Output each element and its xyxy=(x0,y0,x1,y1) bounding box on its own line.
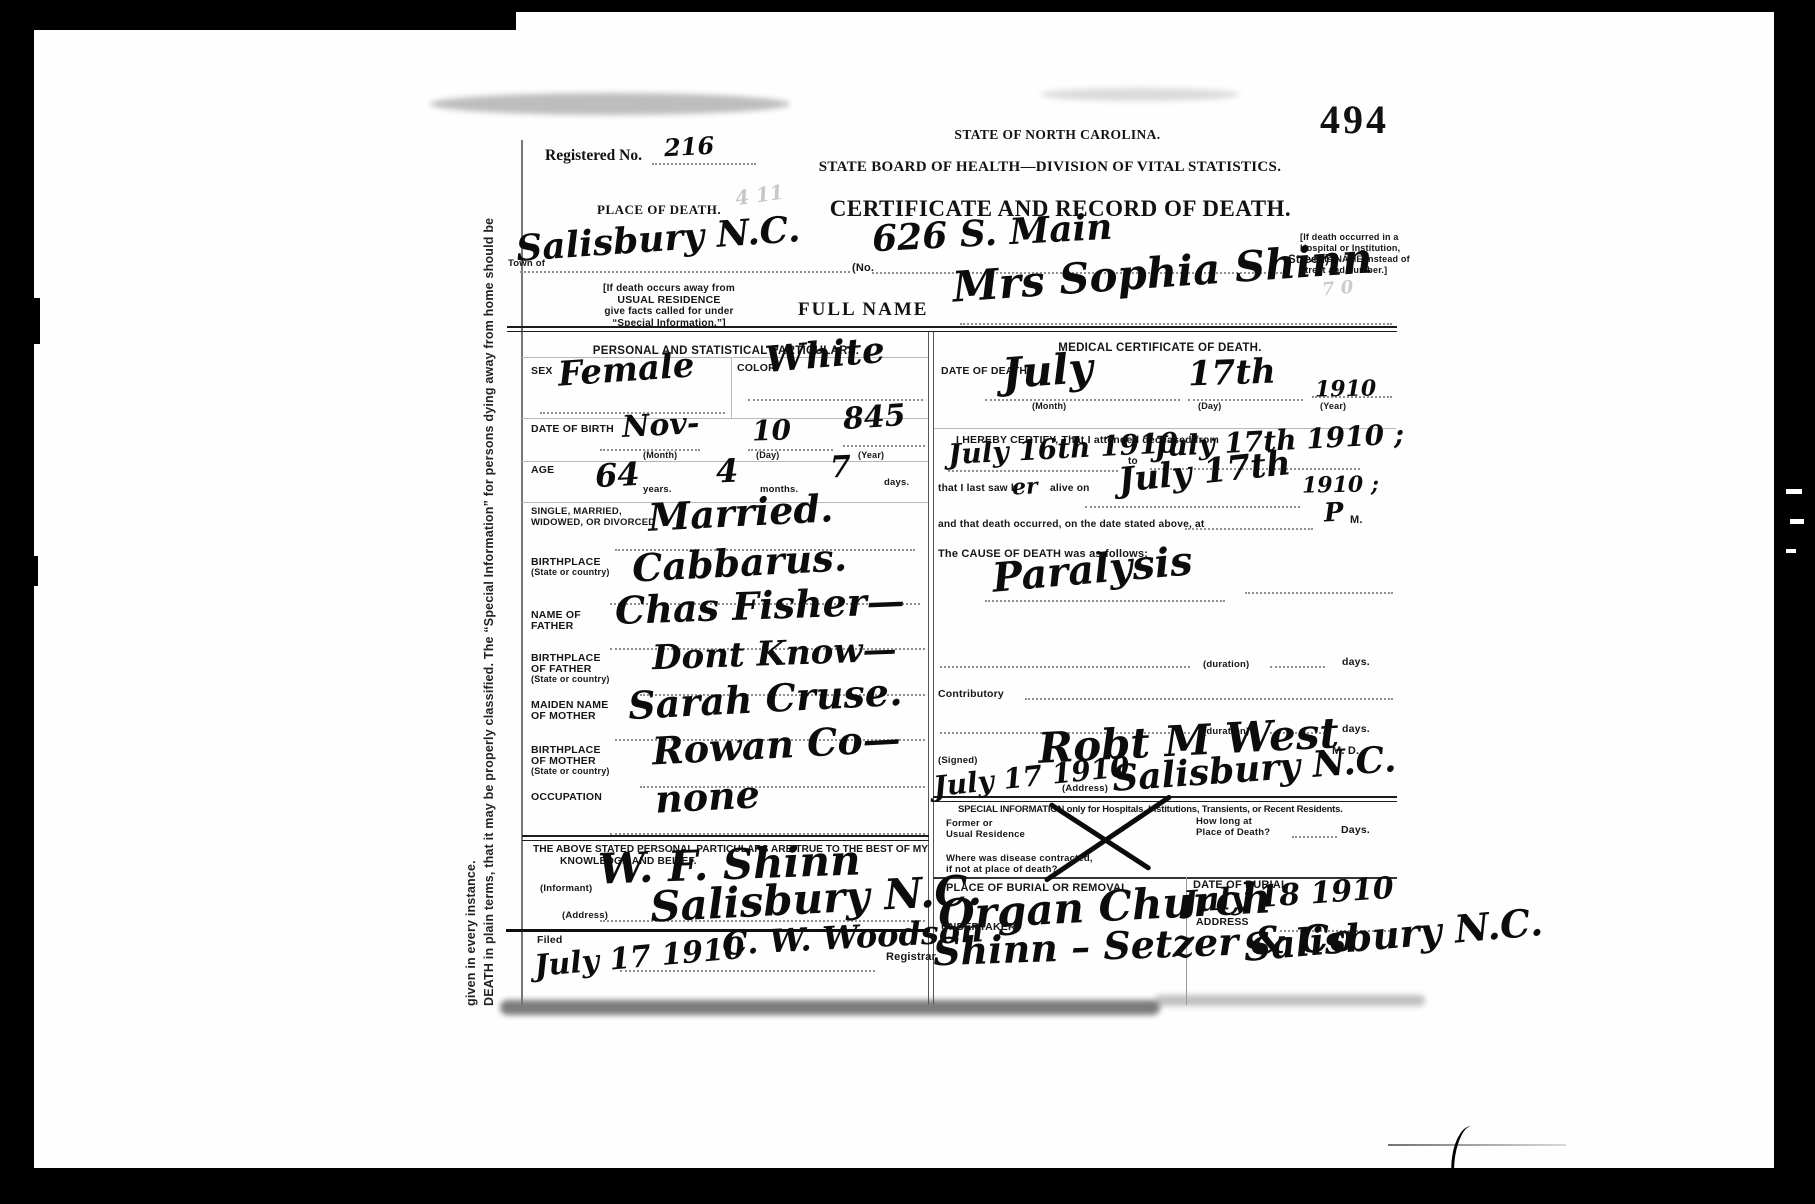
scan-edge-dash xyxy=(1790,519,1804,524)
scan-edge-dash xyxy=(1786,489,1802,494)
dod-year-sub: (Year) xyxy=(1320,401,1346,411)
contributory-label: Contributory xyxy=(938,688,1004,700)
last-saw-label-b: alive on xyxy=(1050,483,1090,494)
attended-from-line xyxy=(948,470,1118,472)
full-name-label: FULL NAME xyxy=(798,299,928,321)
form-left-border xyxy=(521,140,523,1006)
dod-month-sub: (Month) xyxy=(1032,401,1066,411)
last-saw-label-a: that I last saw h xyxy=(938,483,1017,494)
age-label: AGE xyxy=(531,464,554,476)
duration-line-1 xyxy=(940,666,1190,668)
days-cap-label: Days. xyxy=(1341,824,1370,836)
dob-day-value: 10 xyxy=(751,413,791,447)
scan-smudge xyxy=(430,93,790,115)
usual-residence-note-line: “Special Information.”] xyxy=(538,318,800,330)
signed-label: (Signed) xyxy=(938,755,978,766)
form-top-rule-b xyxy=(507,331,1397,332)
contracted-label: Where was disease contracted, xyxy=(946,853,1093,864)
margin-note-line-1: DEATH in plain terms, that it may be pro… xyxy=(482,161,496,1006)
registered-no-value: 216 xyxy=(663,131,715,163)
scan-border-left xyxy=(0,0,34,1204)
registered-no-line xyxy=(652,163,756,165)
last-saw-insert-value: er xyxy=(1011,473,1038,500)
dob-label: DATE OF BIRTH xyxy=(531,423,614,435)
duration-line-1b xyxy=(1270,666,1325,668)
state-heading: STATE OF NORTH CAROLINA. xyxy=(940,127,1175,143)
mother-maiden-label: OF MOTHER xyxy=(531,710,596,722)
duration-sub-1: (duration) xyxy=(1203,659,1249,670)
scan-edge-nub xyxy=(30,556,38,586)
father-name-label: FATHER xyxy=(531,620,573,632)
age-months-value: 4 xyxy=(715,452,739,491)
scan-edge-nub xyxy=(30,298,40,344)
registrar-label: Registrar. xyxy=(886,951,939,963)
occupation-line xyxy=(610,833,925,835)
sex-color-divider xyxy=(731,357,732,418)
cause-line-right xyxy=(1245,592,1393,594)
birthplace-sub: (State or country) xyxy=(531,567,610,577)
contributory-line xyxy=(1025,698,1393,700)
dod-day-sub: (Day) xyxy=(1198,401,1222,411)
informant-label: (Informant) xyxy=(540,883,592,894)
scan-smudge xyxy=(1040,88,1240,101)
how-long-label: How long at xyxy=(1196,816,1252,827)
dob-day-sub: (Day) xyxy=(756,450,780,460)
dod-month-value: July xyxy=(1000,343,1094,398)
town-line xyxy=(520,271,850,273)
usual-residence-note-line: give facts called for under xyxy=(538,306,800,318)
usual-residence-note-line: USUAL RESIDENCE xyxy=(538,295,800,307)
marital-label: WIDOWED, OR DIVORCED xyxy=(531,517,655,528)
how-long-label: Place of Death? xyxy=(1196,827,1270,838)
father-birthplace-sub: (State or country) xyxy=(531,674,610,684)
former-residence-label: Usual Residence xyxy=(946,829,1025,840)
filed-line xyxy=(620,970,875,972)
scan-shadow-bottom xyxy=(500,1000,1160,1015)
age-days-value: 7 xyxy=(829,450,851,486)
mother-birthplace-sub: (State or country) xyxy=(531,766,610,776)
dob-month-value: Nov- xyxy=(621,406,700,445)
last-saw-year-value: 1910 ; xyxy=(1302,471,1379,498)
sex-label: SEX xyxy=(531,365,553,377)
meridiem-label: M. xyxy=(1350,514,1363,526)
cause-line xyxy=(985,600,1225,602)
scanned-death-certificate: DEATH in plain terms, that it may be pro… xyxy=(0,0,1815,1204)
days-label-1: days. xyxy=(1342,656,1370,668)
usual-residence-note-line: [If death occurs away from xyxy=(538,283,800,295)
dod-day-value: 17th xyxy=(1187,351,1276,394)
scan-border-top-left-block xyxy=(0,0,516,30)
occurred-label: and that death occurred, on the date sta… xyxy=(938,519,1204,530)
no-label: (No. xyxy=(852,262,874,274)
scan-edge-dash xyxy=(1786,549,1796,553)
usual-residence-note: [If death occurs away from USUAL RESIDEN… xyxy=(538,283,800,329)
occurred-line xyxy=(1185,528,1313,530)
occupation-value: none xyxy=(654,771,761,821)
dob-year-value: 845 xyxy=(842,398,907,437)
page-number: 494 xyxy=(1320,96,1389,143)
days-label-2: days. xyxy=(1342,723,1370,735)
marital-label: SINGLE, MARRIED, xyxy=(531,506,622,517)
scan-shadow-bottom xyxy=(1155,995,1425,1006)
margin-note-line-2: given in every instance. xyxy=(464,706,478,1006)
scan-border-right xyxy=(1774,0,1815,1204)
dob-year-line xyxy=(843,445,925,447)
dob-year-sub: (Year) xyxy=(858,450,884,460)
filed-label: Filed xyxy=(537,934,563,946)
how-long-line xyxy=(1292,836,1337,838)
age-days-sub: days. xyxy=(884,477,909,488)
occurred-meridiem-value: P xyxy=(1323,498,1344,529)
full-name-line xyxy=(960,323,1392,325)
contracted-label: if not at place of death? xyxy=(946,864,1058,875)
occupation-label: OCCUPATION xyxy=(531,791,602,803)
age-years-value: 64 xyxy=(594,455,640,495)
registered-no-label: Registered No. xyxy=(545,147,642,165)
statement-rule-a xyxy=(522,835,929,837)
scan-border-bottom xyxy=(0,1168,1815,1204)
dod-month-line xyxy=(985,399,1180,401)
last-saw-line xyxy=(1085,506,1300,508)
dod-year-value: 1910 xyxy=(1315,375,1377,402)
board-heading: STATE BOARD OF HEALTH—DIVISION OF VITAL … xyxy=(795,159,1305,176)
former-residence-label: Former or xyxy=(946,818,993,829)
dob-month-sub: (Month) xyxy=(643,450,677,460)
